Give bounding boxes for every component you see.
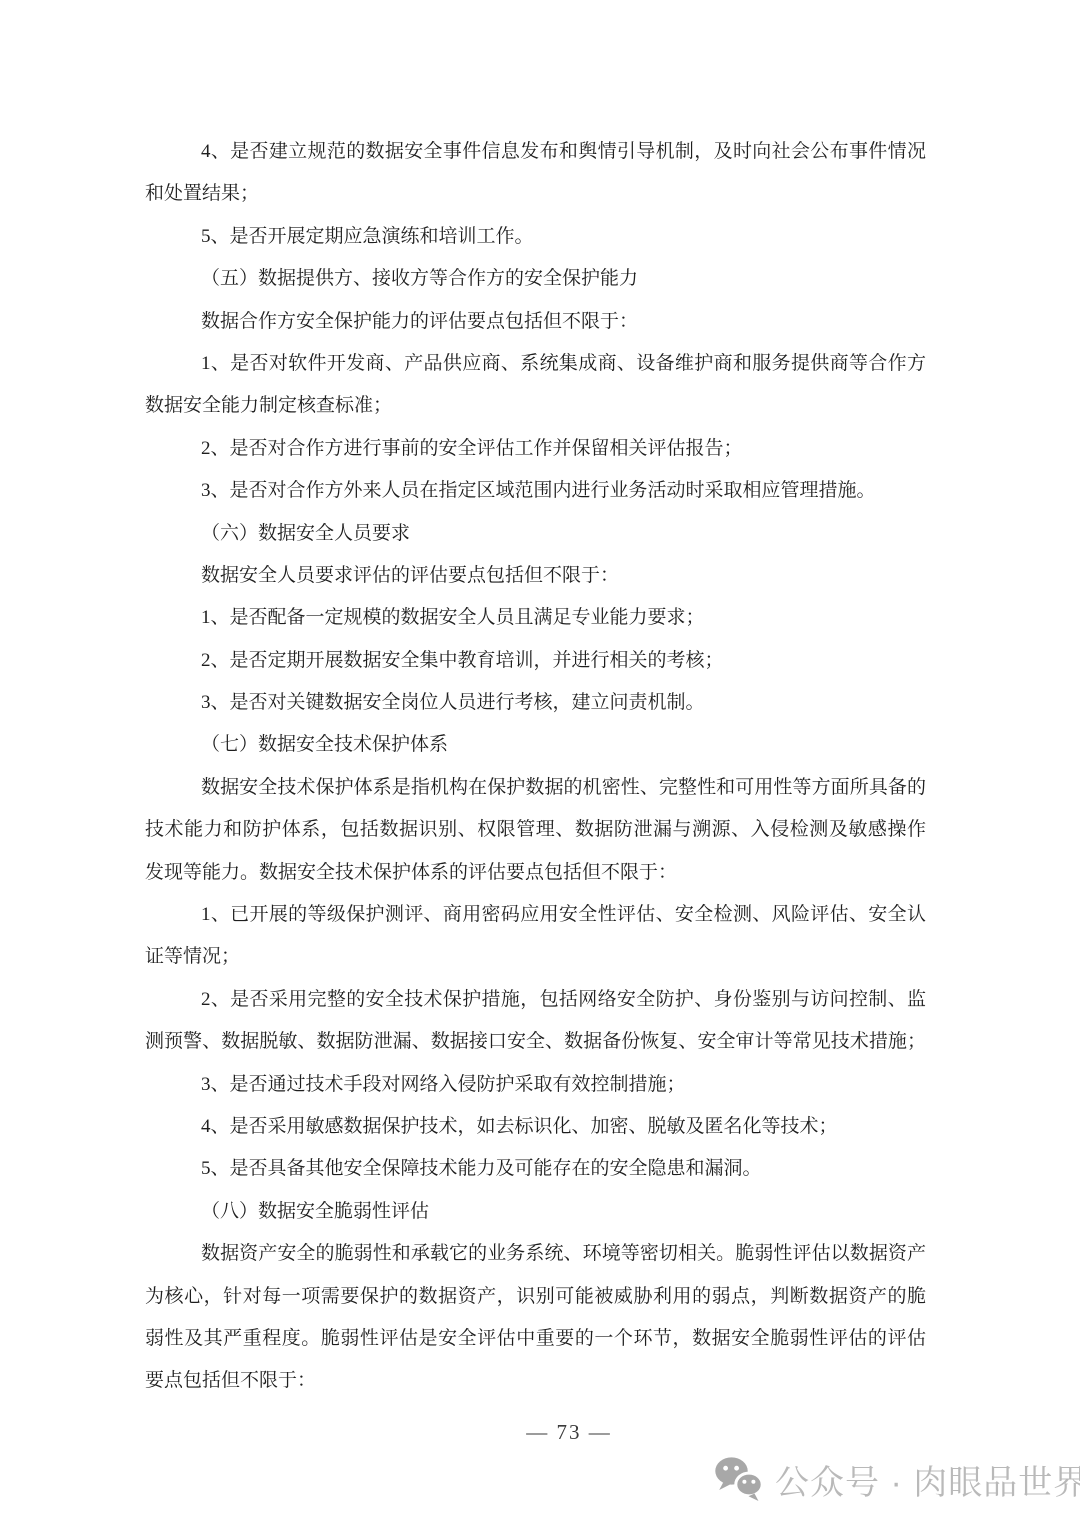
text-line: 为核心，针对每一项需要保护的数据资产，识别可能被威胁利用的弱点，判断数据资产的脆 [145, 1276, 926, 1318]
text-line: 2、是否定期开展数据安全集中教育培训，并进行相关的考核； [145, 640, 926, 682]
text-line: 1、是否对软件开发商、产品供应商、系统集成商、设备维护商和服务提供商等合作方 [145, 343, 926, 385]
text-line: 数据资产安全的脆弱性和承载它的业务系统、环境等密切相关。脆弱性评估以数据资产 [145, 1233, 926, 1275]
text-line: （七）数据安全技术保护体系 [145, 724, 926, 766]
text-line: 发现等能力。数据安全技术保护体系的评估要点包括但不限于： [145, 852, 926, 894]
text-line: 数据合作方安全保护能力的评估要点包括但不限于： [145, 301, 926, 343]
text-line: 和处置结果； [145, 173, 926, 215]
text-line: 5、是否开展定期应急演练和培训工作。 [145, 216, 926, 258]
text-line: 数据安全能力制定核查标准； [145, 385, 926, 427]
text-line: 4、是否建立规范的数据安全事件信息发布和舆情引导机制，及时向社会公布事件情况 [145, 131, 926, 173]
wechat-watermark: 公众号 · 肉眼品世界 [714, 1452, 1080, 1506]
text-line: （六）数据安全人员要求 [145, 513, 926, 555]
text-line: 数据安全人员要求评估的评估要点包括但不限于： [145, 555, 926, 597]
text-line: （五）数据提供方、接收方等合作方的安全保护能力 [145, 258, 926, 300]
document-body: 4、是否建立规范的数据安全事件信息发布和舆情引导机制，及时向社会公布事件情况和处… [145, 131, 926, 1403]
text-line: 2、是否采用完整的安全技术保护措施，包括网络安全防护、身份鉴别与访问控制、监 [145, 979, 926, 1021]
text-line: 要点包括但不限于： [145, 1360, 926, 1402]
text-line: 3、是否通过技术手段对网络入侵防护采取有效控制措施； [145, 1064, 926, 1106]
wechat-icon [714, 1456, 764, 1502]
text-line: 数据安全技术保护体系是指机构在保护数据的机密性、完整性和可用性等方面所具备的 [145, 767, 926, 809]
watermark-label: 公众号 · 肉眼品世界 [775, 1455, 1080, 1504]
text-line: 1、已开展的等级保护测评、商用密码应用安全性评估、安全检测、风险评估、安全认 [145, 894, 926, 936]
text-line: （八）数据安全脆弱性评估 [145, 1191, 926, 1233]
text-line: 3、是否对合作方外来人员在指定区域范围内进行业务活动时采取相应管理措施。 [145, 470, 926, 512]
text-line: 1、是否配备一定规模的数据安全人员且满足专业能力要求； [145, 597, 926, 639]
text-line: 5、是否具备其他安全保障技术能力及可能存在的安全隐患和漏洞。 [145, 1148, 926, 1190]
page-number: — 73 — [526, 1420, 612, 1445]
text-line: 技术能力和防护体系，包括数据识别、权限管理、数据防泄漏与溯源、入侵检测及敏感操作 [145, 809, 926, 851]
text-line: 弱性及其严重程度。脆弱性评估是安全评估中重要的一个环节，数据安全脆弱性评估的评估 [145, 1318, 926, 1360]
text-line: 4、是否采用敏感数据保护技术，如去标识化、加密、脱敏及匿名化等技术； [145, 1106, 926, 1148]
text-line: 测预警、数据脱敏、数据防泄漏、数据接口安全、数据备份恢复、安全审计等常见技术措施… [145, 1021, 926, 1063]
text-line: 2、是否对合作方进行事前的安全评估工作并保留相关评估报告； [145, 428, 926, 470]
text-line: 证等情况； [145, 936, 926, 978]
text-line: 3、是否对关键数据安全岗位人员进行考核，建立问责机制。 [145, 682, 926, 724]
